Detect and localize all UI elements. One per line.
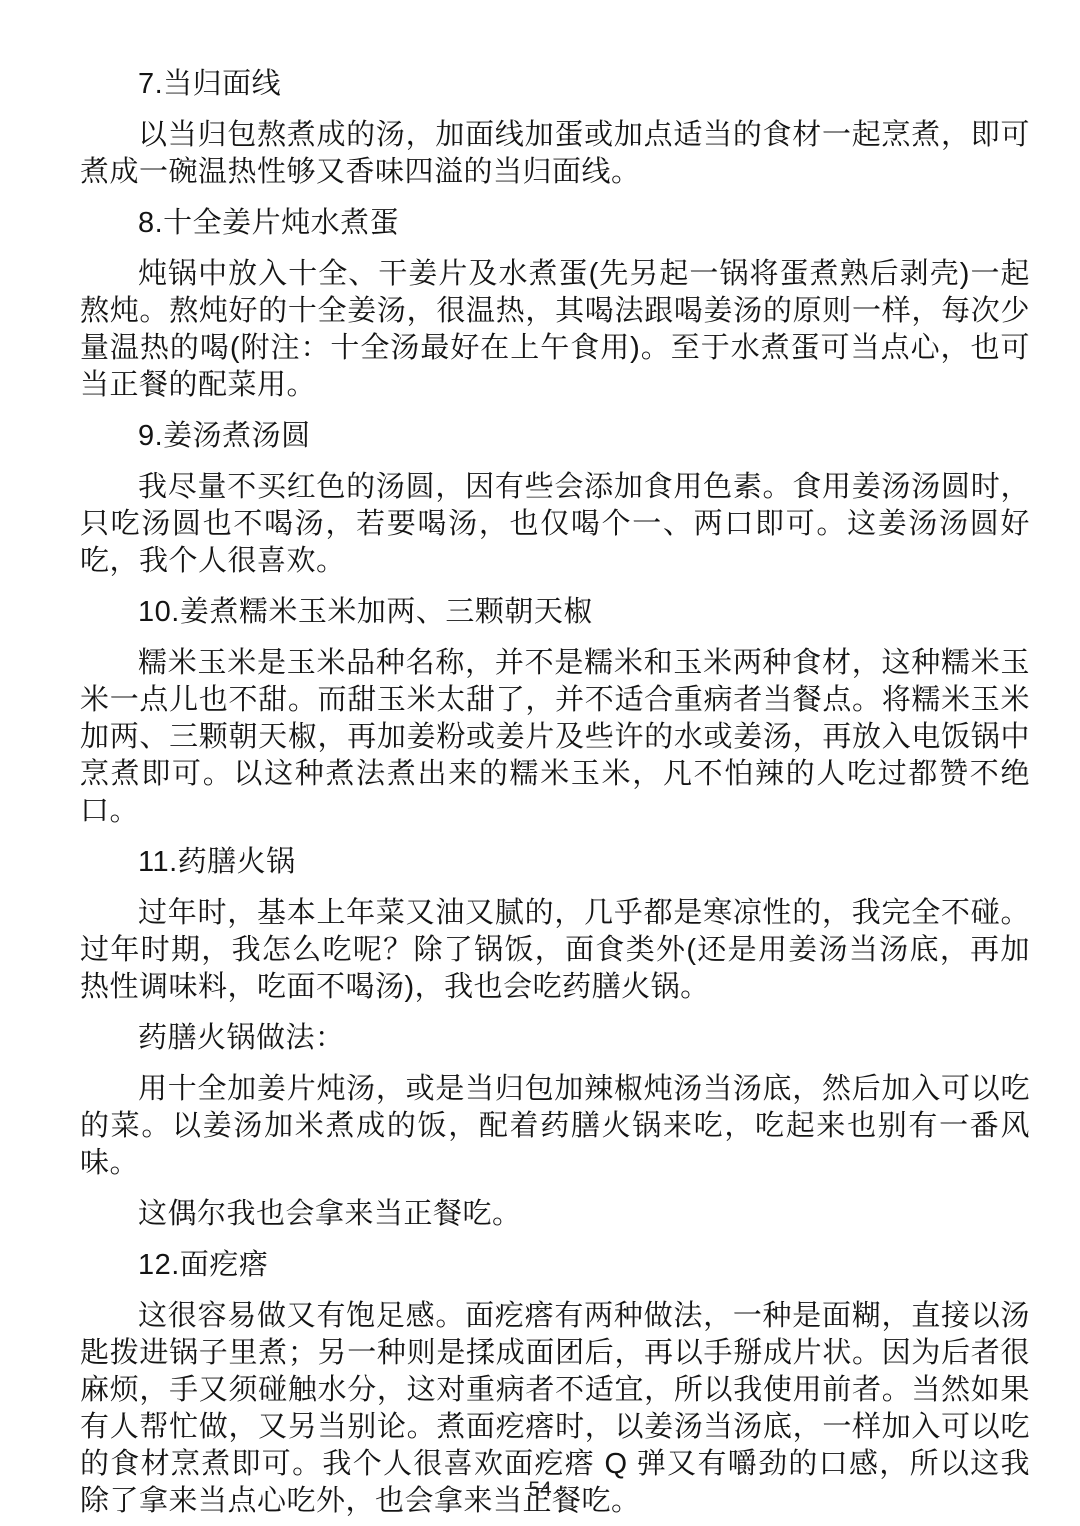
section-11-paragraph-3: 这偶尔我也会拿来当正餐吃。 (80, 1196, 1030, 1233)
section-11-subheading-method: 药膳火锅做法： (80, 1020, 1030, 1057)
section-8-paragraph: 炖锅中放入十全、干姜片及水煮蛋(先另起一锅将蛋煮熟后剥壳)一起熬炖。熬炖好的十全… (80, 256, 1030, 404)
section-9: 9.姜汤煮汤圆 我尽量不买红色的汤圆，因有些会添加食用色素。食用姜汤汤圆时，只吃… (80, 418, 1030, 580)
section-10-paragraph: 糯米玉米是玉米品种名称，并不是糯米和玉米两种食材，这种糯米玉米一点儿也不甜。而甜… (80, 645, 1030, 830)
section-9-paragraph: 我尽量不买红色的汤圆，因有些会添加食用色素。食用姜汤汤圆时，只吃汤圆也不喝汤，若… (80, 469, 1030, 580)
section-12-heading: 12.面疙瘩 (80, 1247, 1030, 1284)
section-10-heading: 10.姜煮糯米玉米加两、三颗朝天椒 (80, 594, 1030, 631)
section-11-paragraph-2: 用十全加姜片炖汤，或是当归包加辣椒炖汤当汤底，然后加入可以吃的菜。以姜汤加米煮成… (80, 1071, 1030, 1182)
section-11: 11.药膳火锅 过年时，基本上年菜又油又腻的，几乎都是寒凉性的，我完全不碰。过年… (80, 844, 1030, 1233)
section-7-paragraph: 以当归包熬煮成的汤，加面线加蛋或加点适当的食材一起烹煮，即可煮成一碗温热性够又香… (80, 117, 1030, 191)
section-8-heading: 8.十全姜片炖水煮蛋 (80, 205, 1030, 242)
section-11-paragraph-1: 过年时，基本上年菜又油又腻的，几乎都是寒凉性的，我完全不碰。过年时期，我怎么吃呢… (80, 895, 1030, 1006)
section-7-heading: 7.当归面线 (80, 66, 1030, 103)
section-7: 7.当归面线 以当归包熬煮成的汤，加面线加蛋或加点适当的食材一起烹煮，即可煮成一… (80, 66, 1030, 191)
section-8: 8.十全姜片炖水煮蛋 炖锅中放入十全、干姜片及水煮蛋(先另起一锅将蛋煮熟后剥壳)… (80, 205, 1030, 404)
page-number: 54 (0, 1478, 1080, 1502)
document-page: 7.当归面线 以当归包熬煮成的汤，加面线加蛋或加点适当的食材一起烹煮，即可煮成一… (0, 0, 1080, 1526)
section-10: 10.姜煮糯米玉米加两、三颗朝天椒 糯米玉米是玉米品种名称，并不是糯米和玉米两种… (80, 594, 1030, 830)
section-9-heading: 9.姜汤煮汤圆 (80, 418, 1030, 455)
section-11-heading: 11.药膳火锅 (80, 844, 1030, 881)
